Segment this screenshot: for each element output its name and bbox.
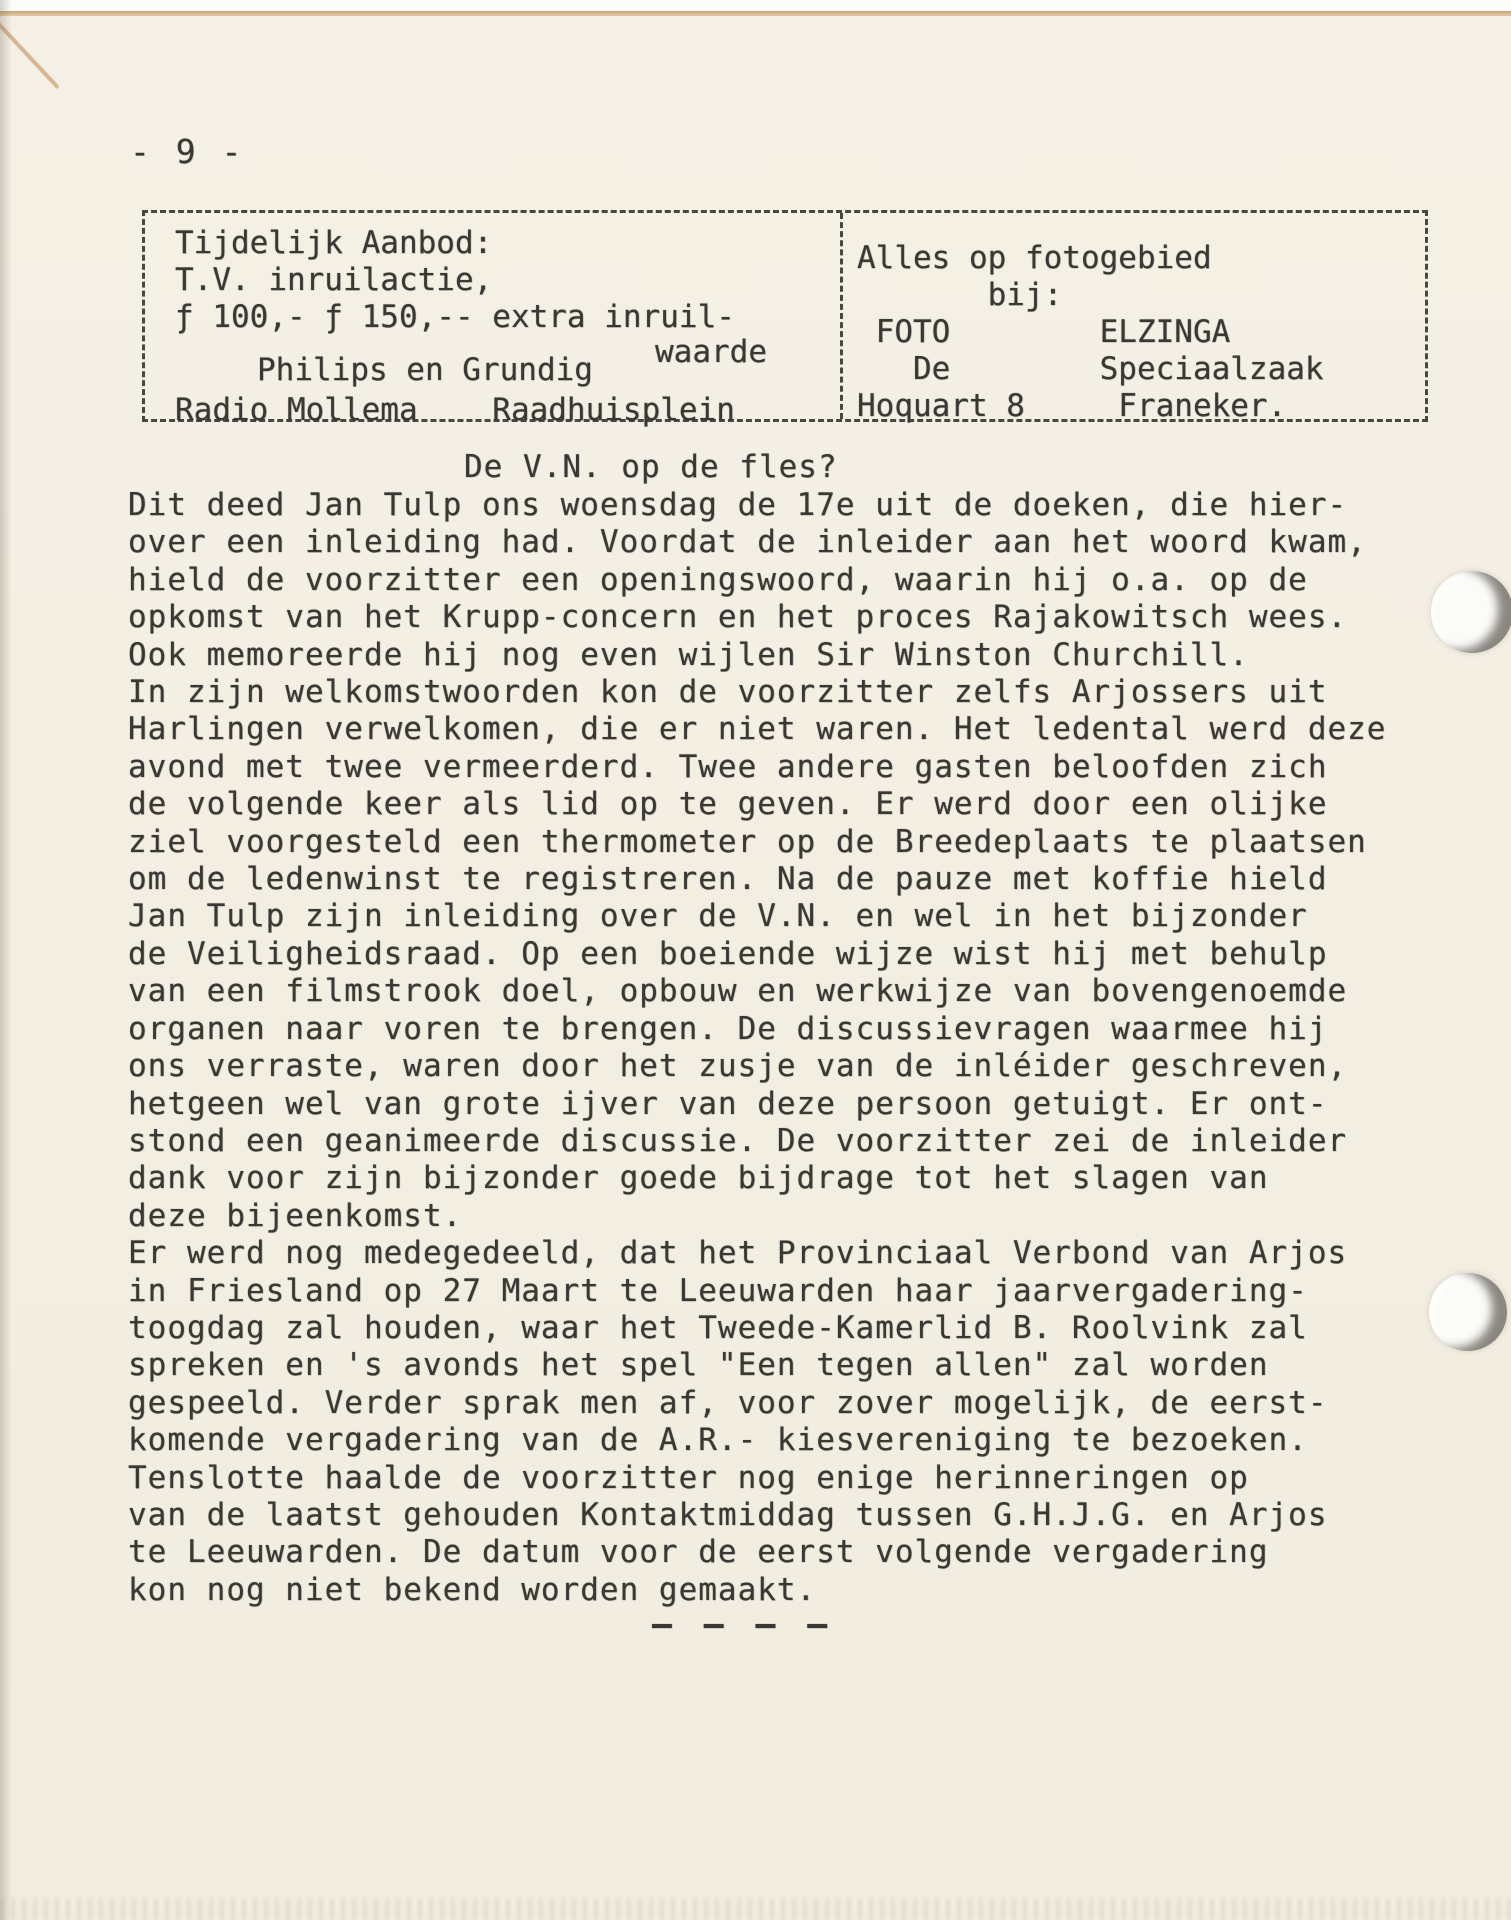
ad-foto-elzinga: Alles op fotogebied bij: FOTO ELZINGA De… — [843, 213, 1425, 419]
paper-top-edge — [0, 11, 1511, 16]
article-title: De V.N. op de fles? — [128, 448, 1433, 487]
paper-left-edge-shadow — [0, 0, 12, 1920]
article-line: Ook memoreerde hij nog even wijlen Sir W… — [128, 637, 1433, 674]
article-line: Er werd nog medegedeeld, dat het Provinc… — [128, 1235, 1433, 1272]
article-line: ziel voorgesteld een thermometer op de B… — [128, 824, 1433, 861]
article-line: organen naar voren te brengen. De discus… — [128, 1011, 1433, 1048]
end-separator: — — — — — [652, 1604, 833, 1643]
article-line: komende vergadering van de A.R.- kiesver… — [128, 1422, 1433, 1459]
article-line: Tenslotte haalde de voorzitter nog enige… — [128, 1460, 1433, 1497]
article-line: ons verraste, waren door het zusje van d… — [128, 1048, 1433, 1085]
article-line: over een inleiding had. Voordat de inlei… — [128, 524, 1433, 561]
article-line: opkomst van het Krupp-concern en het pro… — [128, 599, 1433, 636]
ad-radio-mollema: Tijdelijk Aanbod: T.V. inruilactie, ƒ 10… — [145, 213, 843, 419]
advertisement-box: Tijdelijk Aanbod: T.V. inruilactie, ƒ 10… — [142, 210, 1428, 422]
scanned-page: - 9 - Tijdelijk Aanbod: T.V. inruilactie… — [0, 0, 1511, 1920]
article-line: dank voor zijn bijzonder goede bijdrage … — [128, 1160, 1433, 1197]
article-line: Harlingen verwelkomen, die er niet waren… — [128, 711, 1433, 748]
article-line: de volgende keer als lid op te geven. Er… — [128, 786, 1433, 823]
article: De V.N. op de fles? Dit deed Jan Tulp on… — [128, 448, 1433, 1609]
article-line: van de laatst gehouden Kontaktmiddag tus… — [128, 1497, 1433, 1534]
article-line: stond een geanimeerde discussie. De voor… — [128, 1123, 1433, 1160]
page-number: - 9 - — [130, 132, 244, 171]
article-line: in Friesland op 27 Maart te Leeuwarden h… — [128, 1273, 1433, 1310]
article-line: te Leeuwarden. De datum voor de eerst vo… — [128, 1534, 1433, 1571]
article-line: avond met twee vermeerderd. Twee andere … — [128, 749, 1433, 786]
article-line: hetgeen wel van grote ijver van deze per… — [128, 1086, 1433, 1123]
article-line: In zijn welkomstwoorden kon de voorzitte… — [128, 674, 1433, 711]
article-line: de Veiligheidsraad. Op een boeiende wijz… — [128, 936, 1433, 973]
punch-hole-top — [1431, 571, 1511, 653]
article-line: toogdag zal houden, waar het Tweede-Kame… — [128, 1310, 1433, 1347]
ad-line: Tijdelijk Aanbod: — [175, 225, 840, 262]
article-line: Dit deed Jan Tulp ons woensdag de 17e ui… — [128, 487, 1433, 524]
ad-line: T.V. inruilactie, — [175, 262, 840, 299]
ad-brands-label: Philips en Grundig — [257, 352, 593, 388]
article-body: Dit deed Jan Tulp ons woensdag de 17e ui… — [128, 487, 1433, 1609]
article-line: hield de voorzitter een openingswoord, w… — [128, 562, 1433, 599]
article-line: Jan Tulp zijn inleiding over de V.N. en … — [128, 898, 1433, 935]
article-line: gespeeld. Verder sprak men af, voor zove… — [128, 1385, 1433, 1422]
ad-line: De Speciaalzaak — [857, 351, 1425, 388]
article-line: spreken en 's avonds het spel "Een tegen… — [128, 1347, 1433, 1384]
ad-line: FOTO ELZINGA — [857, 314, 1425, 351]
article-line: van een filmstrook doel, opbouw en werkw… — [128, 973, 1433, 1010]
punch-hole-bottom — [1429, 1273, 1507, 1351]
bleed-through-text — [0, 1898, 1511, 1920]
ad-line: bij: — [857, 277, 1425, 314]
ad-line: Alles op fotogebied — [857, 240, 1425, 277]
ad-waarde-label: waarde — [655, 334, 767, 370]
ad-line-group: waarde Philips en Grundig — [175, 336, 840, 392]
ad-line: ƒ 100,- ƒ 150,-- extra inruil- — [175, 299, 840, 336]
ad-line: Radio Mollema Raadhuisplein — [175, 392, 840, 429]
article-line: deze bijeenkomst. — [128, 1198, 1433, 1235]
article-line: om de ledenwinst te registreren. Na de p… — [128, 861, 1433, 898]
ad-line: Hoquart 8 Franeker. — [857, 388, 1425, 425]
